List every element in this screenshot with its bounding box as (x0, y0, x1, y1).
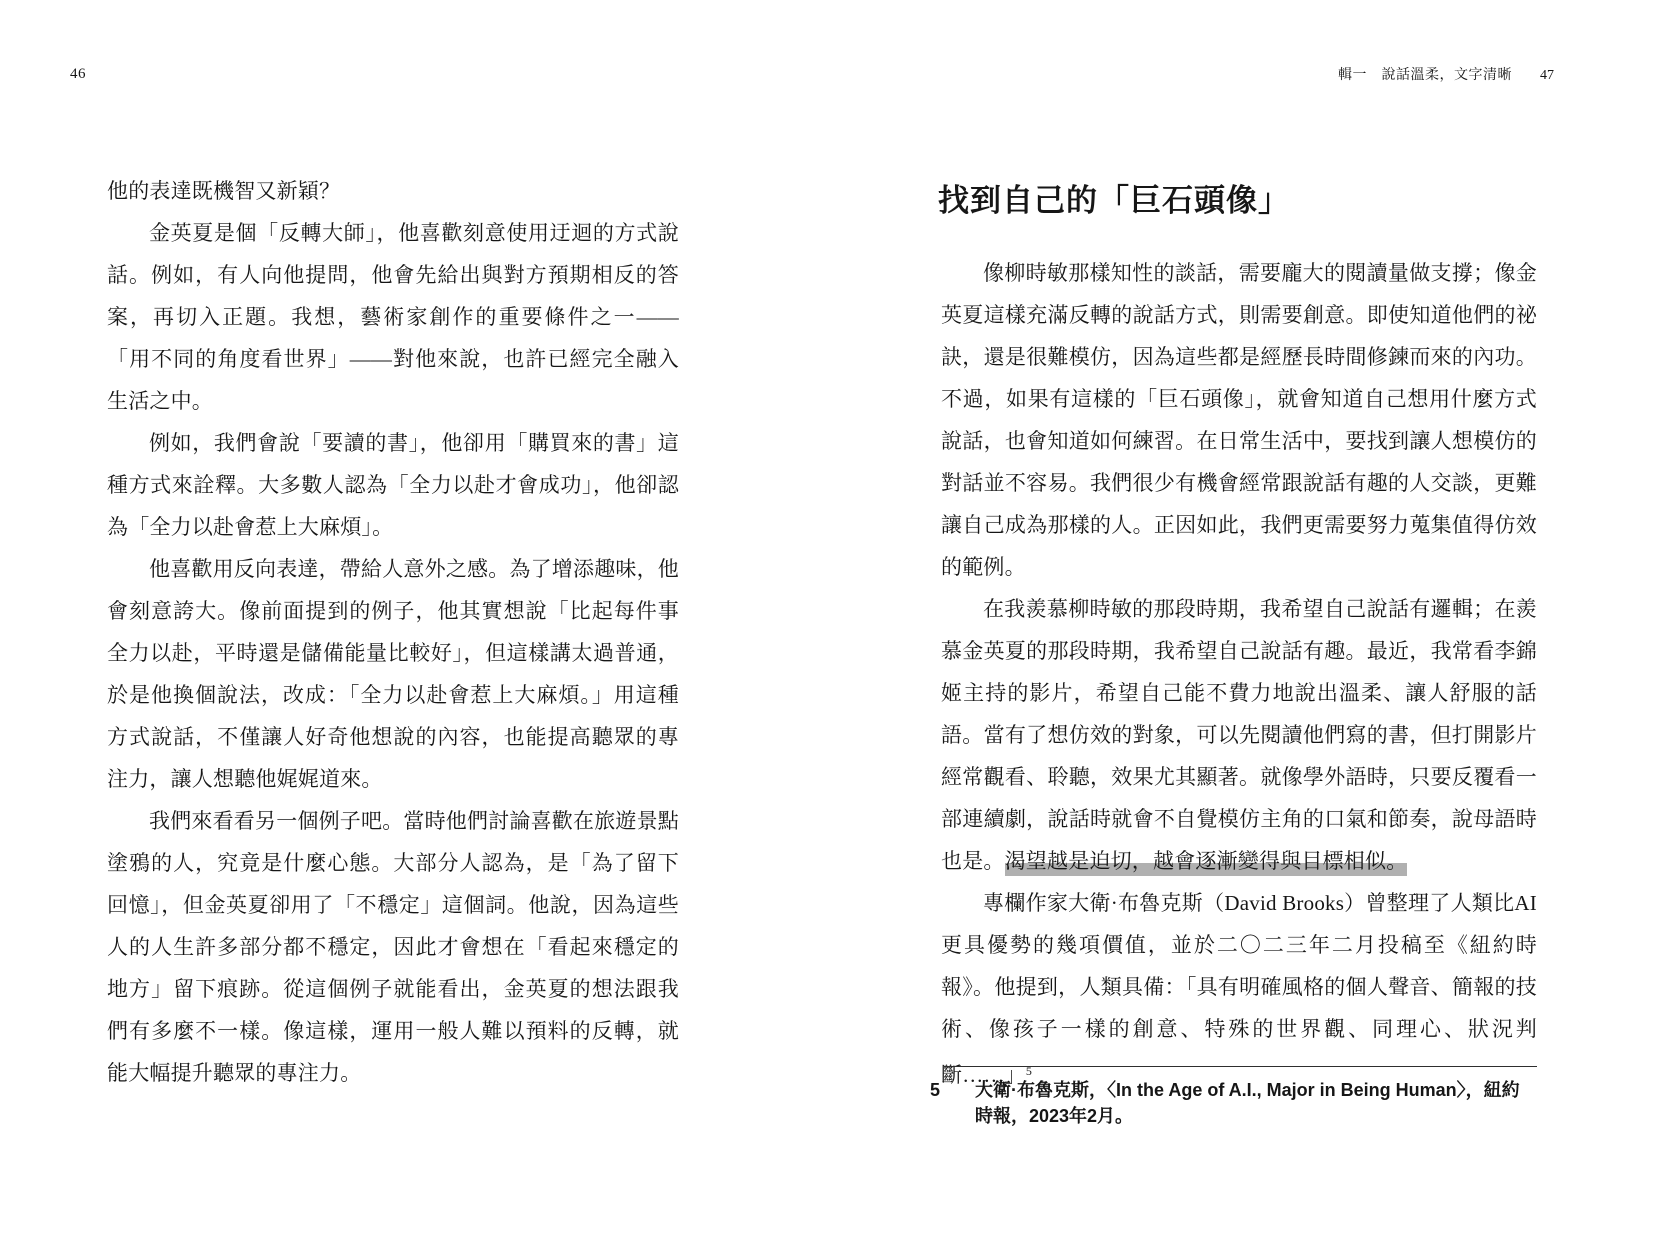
footnote-block: 5 大衛·布魯克斯，〈In the Age of A.I., Major in … (930, 1066, 1537, 1129)
book-spread: 46 他的表達既機智又新穎？金英夏是個「反轉大師」，他喜歡刻意使用迂迴的方式說話… (0, 0, 1654, 1240)
text-run: 我們來看看另一個例子吧。當時他們討論喜歡在旅遊景點塗鴉的人，究竟是什麼心態。大部… (107, 809, 679, 1085)
running-head-text: 輯一 說話溫柔，文字清晰 (1338, 64, 1512, 84)
text-run: 他喜歡用反向表達，帶給人意外之感。為了增添趣味，他會刻意誇大。像前面提到的例子，… (107, 557, 679, 791)
text-run: 在我羨慕柳時敏的那段時期，我希望自己說話有邏輯；在羨慕金英夏的那段時期，我希望自… (941, 597, 1537, 873)
text-run: 例如，我們會說「要讀的書」，他卻用「購買來的書」這種方式來詮釋。大多數人認為「全… (107, 431, 679, 539)
text-run: 專欄作家大衛·布魯克斯（David Brooks）曾整理了人類比AI更具優勢的幾… (941, 891, 1537, 1087)
section-title: 找到自己的「巨石頭像」 (938, 178, 1290, 224)
paragraph: 金英夏是個「反轉大師」，他喜歡刻意使用迂迴的方式說話。例如，有人向他提問，他會先… (107, 212, 679, 422)
text-run: 金英夏是個「反轉大師」，他喜歡刻意使用迂迴的方式說話。例如，有人向他提問，他會先… (107, 221, 679, 413)
left-page-body: 他的表達既機智又新穎？金英夏是個「反轉大師」，他喜歡刻意使用迂迴的方式說話。例如… (107, 170, 679, 1094)
text-run: 他的表達既機智又新穎？ (107, 179, 340, 203)
highlighted-text: 渴望越是迫切，越會逐漸變得與目標相似。 (1005, 849, 1408, 876)
right-page-body: 像柳時敏那樣知性的談話，需要龐大的閱讀量做支撐；像金英夏這樣充滿反轉的說話方式，… (941, 252, 1537, 1096)
left-page-number: 46 (70, 66, 86, 83)
paragraph: 在我羨慕柳時敏的那段時期，我希望自己說話有邏輯；在羨慕金英夏的那段時期，我希望自… (941, 588, 1537, 882)
footnote: 5 大衛·布魯克斯，〈In the Age of A.I., Major in … (930, 1077, 1537, 1129)
footnote-rule (944, 1066, 1537, 1067)
paragraph: 他的表達既機智又新穎？ (107, 170, 679, 212)
running-head: 輯一 說話溫柔，文字清晰 47 (1338, 64, 1554, 84)
text-run: 像柳時敏那樣知性的談話，需要龐大的閱讀量做支撐；像金英夏這樣充滿反轉的說話方式，… (941, 261, 1537, 579)
paragraph: 專欄作家大衛·布魯克斯（David Brooks）曾整理了人類比AI更具優勢的幾… (941, 882, 1537, 1096)
right-page-number: 47 (1540, 68, 1554, 84)
paragraph: 他喜歡用反向表達，帶給人意外之感。為了增添趣味，他會刻意誇大。像前面提到的例子，… (107, 548, 679, 800)
paragraph: 我們來看看另一個例子吧。當時他們討論喜歡在旅遊景點塗鴉的人，究竟是什麼心態。大部… (107, 800, 679, 1094)
paragraph: 例如，我們會說「要讀的書」，他卻用「購買來的書」這種方式來詮釋。大多數人認為「全… (107, 422, 679, 548)
footnote-number: 5 (930, 1077, 975, 1129)
paragraph: 像柳時敏那樣知性的談話，需要龐大的閱讀量做支撐；像金英夏這樣充滿反轉的說話方式，… (941, 252, 1537, 588)
footnote-text: 大衛·布魯克斯，〈In the Age of A.I., Major in Be… (975, 1077, 1537, 1129)
